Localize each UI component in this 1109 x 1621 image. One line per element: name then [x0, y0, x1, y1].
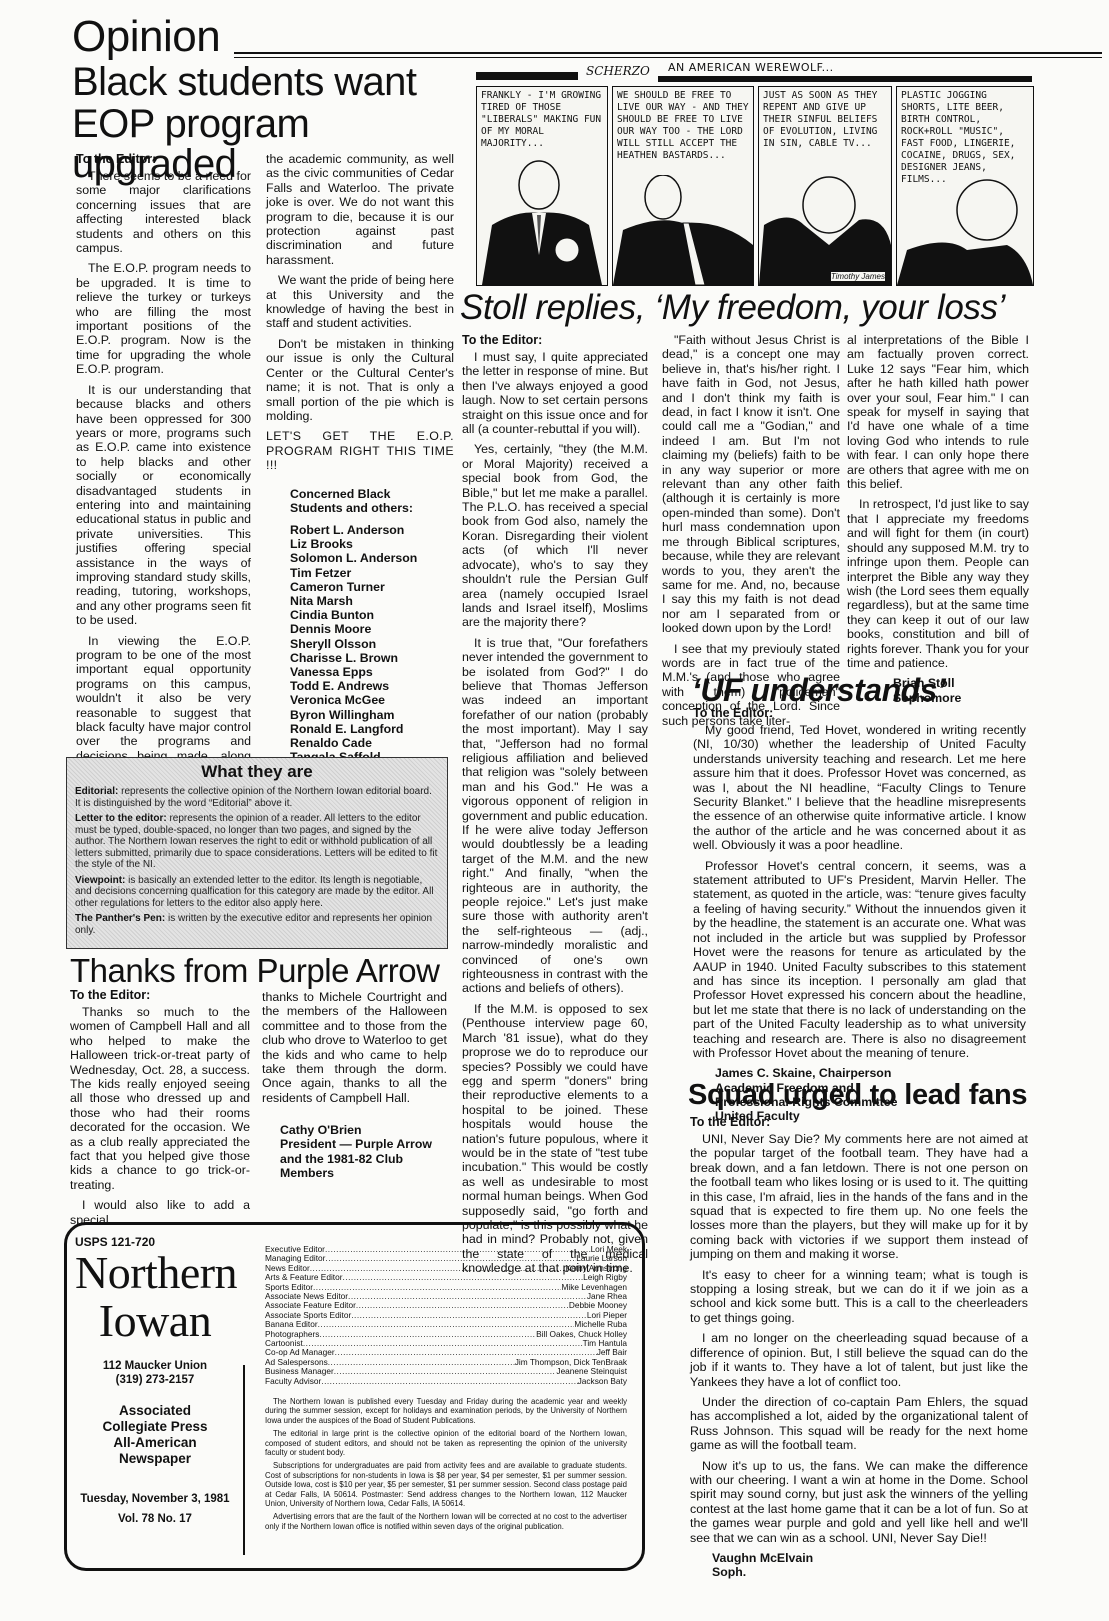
staff-row: Associate Sports EditorLori Pieper [265, 1311, 627, 1320]
paragraph: Don't be mistaken in thinking our issue … [266, 337, 454, 423]
publication-notes: The Northern Iowan is published every Tu… [265, 1397, 627, 1535]
paragraph: My good friend, Ted Hovet, wondered in w… [693, 723, 1026, 853]
paragraph: the academic community, as well as the c… [266, 152, 454, 267]
signer: Byron Willingham [290, 708, 454, 722]
acp-line: Collegiate Press [75, 1419, 235, 1435]
signed-group: Concerned Black Students and others: [290, 487, 420, 515]
signer: Vanessa Epps [290, 665, 454, 679]
paragraph: thanks to Michele Courtright and the mem… [262, 990, 447, 1105]
comic-title: AN AMERICAN WEREWOLF... [668, 61, 834, 74]
comic-panel-4: PLASTIC JOGGING SHORTS, LITE BEER, BIRTH… [896, 86, 1034, 286]
section-title: Opinion [72, 12, 220, 62]
signature-block: Cathy O'Brien President — Purple Arrow a… [280, 1123, 447, 1180]
signature-block: Vaughn McElvain Soph. [712, 1551, 1028, 1579]
acp-line: All-American [75, 1435, 235, 1451]
masthead-rule-thin [234, 57, 1102, 58]
masthead-rule [234, 52, 1102, 54]
man-in-suit-illustration [477, 155, 607, 285]
salutation: To the Editor: [690, 1115, 1028, 1129]
box-title: What they are [67, 762, 447, 782]
definition-editorial: Editorial: represents the collective opi… [75, 786, 439, 809]
issue-volume: Vol. 78 No. 17 [75, 1513, 235, 1525]
signer-title: Soph. [712, 1565, 1028, 1579]
signer: Charisse L. Brown [290, 651, 454, 665]
artist-signature: Timothy James [831, 272, 885, 281]
comic-panel-3: JUST AS SOON AS THEY REPENT AND GIVE UP … [758, 86, 892, 286]
purple-arrow-column-2: thanks to Michele Courtright and the mem… [262, 990, 447, 1180]
definition-letter: Letter to the editor: represents the opi… [75, 813, 439, 871]
eop-letter-column-2: the academic community, as well as the c… [266, 152, 454, 821]
office-phone: (319) 273-2157 [75, 1373, 235, 1387]
stoll-letter-column-3: al interpretations of the Bible I am fac… [847, 333, 1029, 705]
salutation: To the Editor: [76, 152, 251, 166]
paragraph: The E.O.P. program needs to be upgraded.… [76, 261, 251, 376]
paragraph: Now it's up to us, the fans. We can make… [690, 1459, 1028, 1545]
squad-letter-body: To the Editor: UNI, Never Say Die? My co… [690, 1115, 1028, 1579]
staff-row: Faculty AdvisorJackson Baty [265, 1377, 627, 1386]
signer: Dennis Moore [290, 622, 454, 636]
purple-arrow-headline: Thanks from Purple Arrow [70, 954, 455, 987]
publication-identity: USPS 121-720 Northern Iowan 112 Maucker … [75, 1235, 235, 1525]
note-paragraph: The editorial in large print is the coll… [265, 1429, 627, 1457]
issue-date: Tuesday, November 3, 1981 [75, 1493, 235, 1505]
definition-panthers-pen: The Panther's Pen: is written by the exe… [75, 913, 439, 936]
signer: Solomon L. Anderson [290, 551, 454, 565]
bearded-man-illustration [613, 175, 753, 285]
stoll-headline: Stoll replies, ‘My freedom, your loss’ [460, 290, 1040, 325]
paragraph: I must say, I quite appreciated the lett… [462, 350, 648, 436]
signer: Liz Brooks [290, 537, 454, 551]
comic-title-bar [476, 72, 578, 80]
signer: Tim Fetzer [290, 566, 454, 580]
paragraph: UNI, Never Say Die? My comments here are… [690, 1132, 1028, 1262]
what-they-are-box: What they are Editorial: represents the … [66, 757, 448, 949]
note-paragraph: Advertising errors that are the fault of… [265, 1512, 627, 1531]
publication-info-box: USPS 121-720 Northern Iowan 112 Maucker … [64, 1222, 645, 1571]
office-address: 112 Maucker Union [75, 1359, 235, 1373]
werewolf-transforming-illustration [759, 165, 891, 285]
uf-letter-body: To the Editor: My good friend, Ted Hovet… [693, 706, 1026, 1123]
speech-bubble: WE SHOULD BE FREE TO LIVE OUR WAY - AND … [617, 90, 749, 162]
paragraph: In retrospect, I'd just like to say that… [847, 497, 1029, 670]
paper-name-line1: Northern [75, 1249, 235, 1297]
signer: Nita Marsh [290, 594, 454, 608]
paragraph: al interpretations of the Bible I am fac… [847, 333, 1029, 491]
signer: Todd E. Andrews [290, 679, 454, 693]
staff-row: PhotographersBill Oakes, Chuck Holley [265, 1330, 627, 1339]
paragraph: It is our understanding that because bla… [76, 383, 251, 628]
signer-title: President — Purple Arrow [280, 1137, 447, 1151]
purple-arrow-column-1: To the Editor: Thanks so much to the wom… [70, 988, 250, 1233]
comic-panel-2: WE SHOULD BE FREE TO LIVE OUR WAY - AND … [612, 86, 754, 286]
speech-bubble: JUST AS SOON AS THEY REPENT AND GIVE UP … [763, 90, 887, 150]
comic-panel-1: FRANKLY - I'M GROWING TIRED OF THOSE "LI… [476, 86, 608, 286]
comic-strip-name: SCHERZO [586, 64, 650, 78]
paragraph: There seems to be a need for some major … [76, 169, 251, 255]
paragraph: It is true that, "Our forefathers never … [462, 636, 648, 996]
acp-line: Associated [75, 1403, 235, 1419]
eop-headline-line1: Black students want [72, 62, 462, 102]
squad-headline: Squad urged to lead fans [688, 1081, 1027, 1110]
staff-list: Executive EditorLori Meek Managing Edito… [265, 1245, 627, 1386]
salutation: To the Editor: [70, 988, 250, 1002]
signer: Sheryll Olsson [290, 637, 454, 651]
stoll-letter-column-1: To the Editor: I must say, I quite appre… [462, 333, 648, 1282]
signer: Cameron Turner [290, 580, 454, 594]
signer: Cindia Bunton [290, 608, 454, 622]
note-paragraph: Subscriptions for undergraduates are pai… [265, 1461, 627, 1508]
salutation: To the Editor: [693, 706, 1026, 720]
paragraph: We want the pride of being here at this … [266, 273, 454, 331]
paragraph: I am no longer on the cheerleading squad… [690, 1331, 1028, 1389]
signer: Robert L. Anderson [290, 523, 454, 537]
comic-strip: SCHERZO AN AMERICAN WEREWOLF... FRANKLY … [476, 62, 1032, 288]
signer-title-2: and the 1981-82 Club Members [280, 1152, 430, 1180]
werewolf-illustration [897, 175, 1033, 285]
note-paragraph: The Northern Iowan is published every Tu… [265, 1397, 627, 1425]
signer: Renaldo Cade [290, 736, 454, 750]
speech-bubble: FRANKLY - I'M GROWING TIRED OF THOSE "LI… [481, 90, 603, 150]
paragraph: Yes, certainly, "they (the M.M. or Moral… [462, 442, 648, 629]
definition-viewpoint: Viewpoint: is basically an extended lett… [75, 875, 439, 910]
signer-name: Vaughn McElvain [712, 1551, 1028, 1565]
paragraph: Under the direction of co-captain Pam Eh… [690, 1395, 1028, 1453]
signer: Ronald E. Langford [290, 722, 454, 736]
section-masthead: Opinion [72, 12, 1102, 60]
paragraph: Thanks so much to the women of Campbell … [70, 1005, 250, 1192]
uf-headline: ‘UF understands’ [692, 674, 945, 706]
paragraph: Professor Hovet's central concern, it se… [693, 859, 1026, 1061]
acp-line: Newspaper [75, 1451, 235, 1467]
paper-name-line2: Iowan [75, 1297, 235, 1345]
paragraph: "Faith without Jesus Christ is dead," is… [662, 333, 840, 636]
closing-statement: LET'S GET THE E.O.P. PROGRAM RIGHT THIS … [266, 429, 454, 472]
signer: Veronica McGee [290, 693, 454, 707]
vertical-divider [243, 1365, 245, 1555]
salutation: To the Editor: [462, 333, 648, 347]
speech-bubble: PLASTIC JOGGING SHORTS, LITE BEER, BIRTH… [901, 90, 1029, 186]
paragraph: It's easy to cheer for a winning team; w… [690, 1268, 1028, 1326]
comic-title-bar-right [658, 76, 1032, 82]
signer-name: Cathy O'Brien [280, 1123, 447, 1137]
